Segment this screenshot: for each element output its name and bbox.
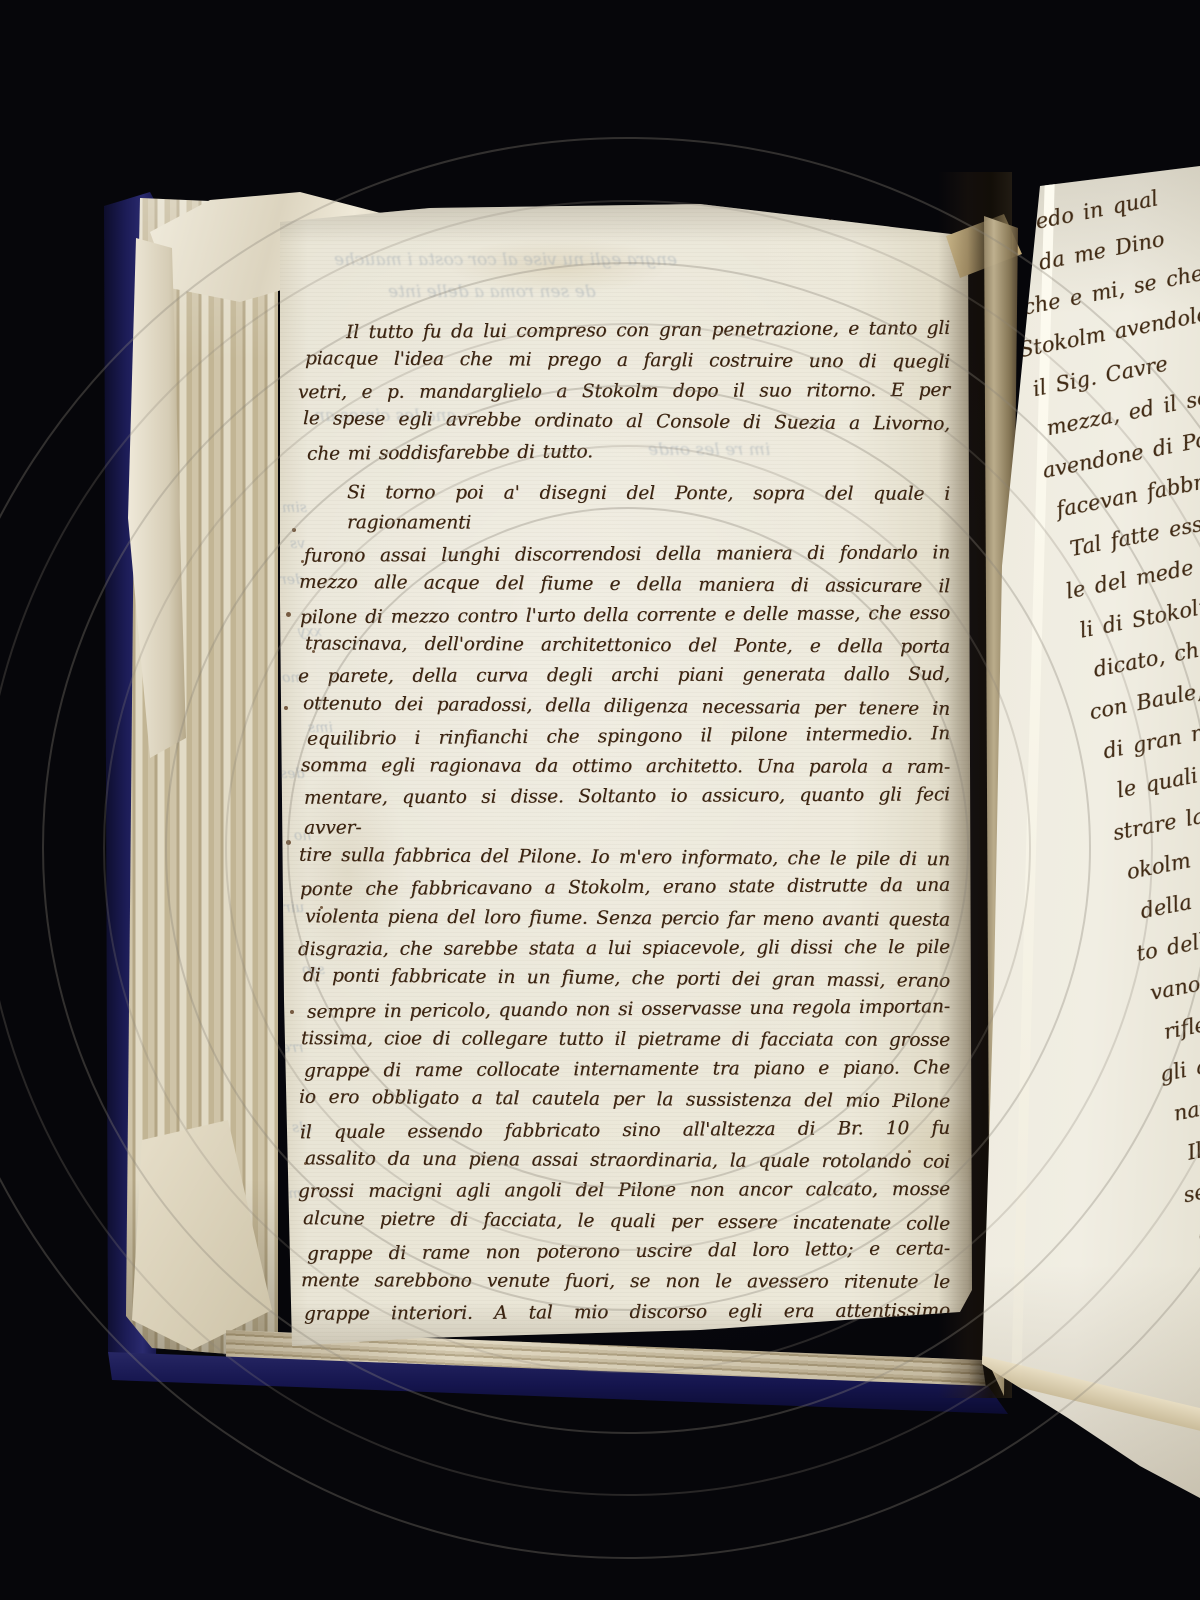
manuscript-line: vetri, e p. mandarglielo a Stokolm dopo … (298, 375, 950, 408)
manuscript-line: Il tutto fu da lui compreso con gran pen… (346, 314, 950, 349)
manuscript-line: grappe di rame non poterono uscire dal l… (307, 1234, 950, 1270)
manuscript-line: mezzo alle acque del fiume e della manie… (299, 568, 950, 603)
manuscript-line: Si torno poi a' disegni del Ponte, sopra… (347, 479, 950, 541)
manuscript-line: e parete, della curva degli archi piani … (298, 660, 950, 693)
bleedthrough-line: de sen roma a delle inte (388, 282, 596, 302)
manuscript-line: io ero obbligato a tal cautela per la su… (299, 1083, 950, 1118)
bleedthrough-line: engra egli nu vise al cor costa i mauche (334, 250, 677, 270)
manuscript-line: mentare, quanto si disse. Soltanto io as… (304, 781, 950, 845)
manuscript-line: disgrazia, che sarebbe stata a lui spiac… (298, 933, 950, 966)
manuscript-line: violenta piena del loro fiume. Senza per… (305, 902, 950, 936)
manuscript-photo-stage: engra egli nu vise al cor costa i mauche… (0, 0, 1200, 1600)
ink-speck (292, 528, 296, 532)
manuscript-line: di ponti fabbricate in un fiume, che por… (303, 961, 950, 997)
manuscript-line: furono assai lunghi discorrendosi della … (304, 538, 950, 572)
manuscript-line: assalito da una piena assai straordinari… (305, 1144, 950, 1178)
ink-speck (286, 840, 291, 845)
ink-speck (828, 216, 832, 220)
manuscript-line: somma egli ragionava da ottimo architett… (301, 751, 950, 783)
manuscript-line: grappe di rame collocate internamente tr… (304, 1053, 950, 1087)
manuscript-line: tissima, cioe di collegare tutto il piet… (301, 1024, 950, 1056)
ink-speck (290, 1010, 294, 1014)
left-page: engra egli nu vise al cor costa i mauche… (268, 200, 978, 1350)
ink-speck (286, 612, 291, 617)
manuscript-line: il quale essendo fabbricato sino all'alt… (300, 1113, 950, 1148)
manuscript-line: ponte che fabbricavano a Stokolm, erano … (300, 871, 950, 906)
ink-speck (284, 706, 288, 710)
manuscript-line: che mi soddisfarebbe di tutto. (307, 434, 950, 470)
manuscript-line: pilone di mezzo contro l'urto della corr… (300, 598, 950, 633)
manuscript-line: grossi macigni agli angoli del Pilone no… (298, 1175, 950, 1208)
manuscript-line: piacque l'idea che mi prego a fargli cos… (305, 345, 950, 379)
manuscript-line: equilibrio i rinfianchi che spingono il … (307, 719, 950, 755)
manuscript-line: trascinava, dell'ordine architettonico d… (305, 629, 950, 663)
manuscript-line: mente sarebbono venute fuori, se non le … (301, 1266, 950, 1298)
left-page-text-block: Il tutto fu da lui compreso con gran pen… (298, 316, 950, 1328)
manuscript-line: tire sulla fabbrica del Pilone. Io m'ero… (299, 841, 950, 876)
manuscript-line: sempre in pericolo, quando non si osserv… (307, 992, 950, 1028)
manuscript-line: grappe interiori. A tal mio discorso egl… (304, 1296, 950, 1330)
